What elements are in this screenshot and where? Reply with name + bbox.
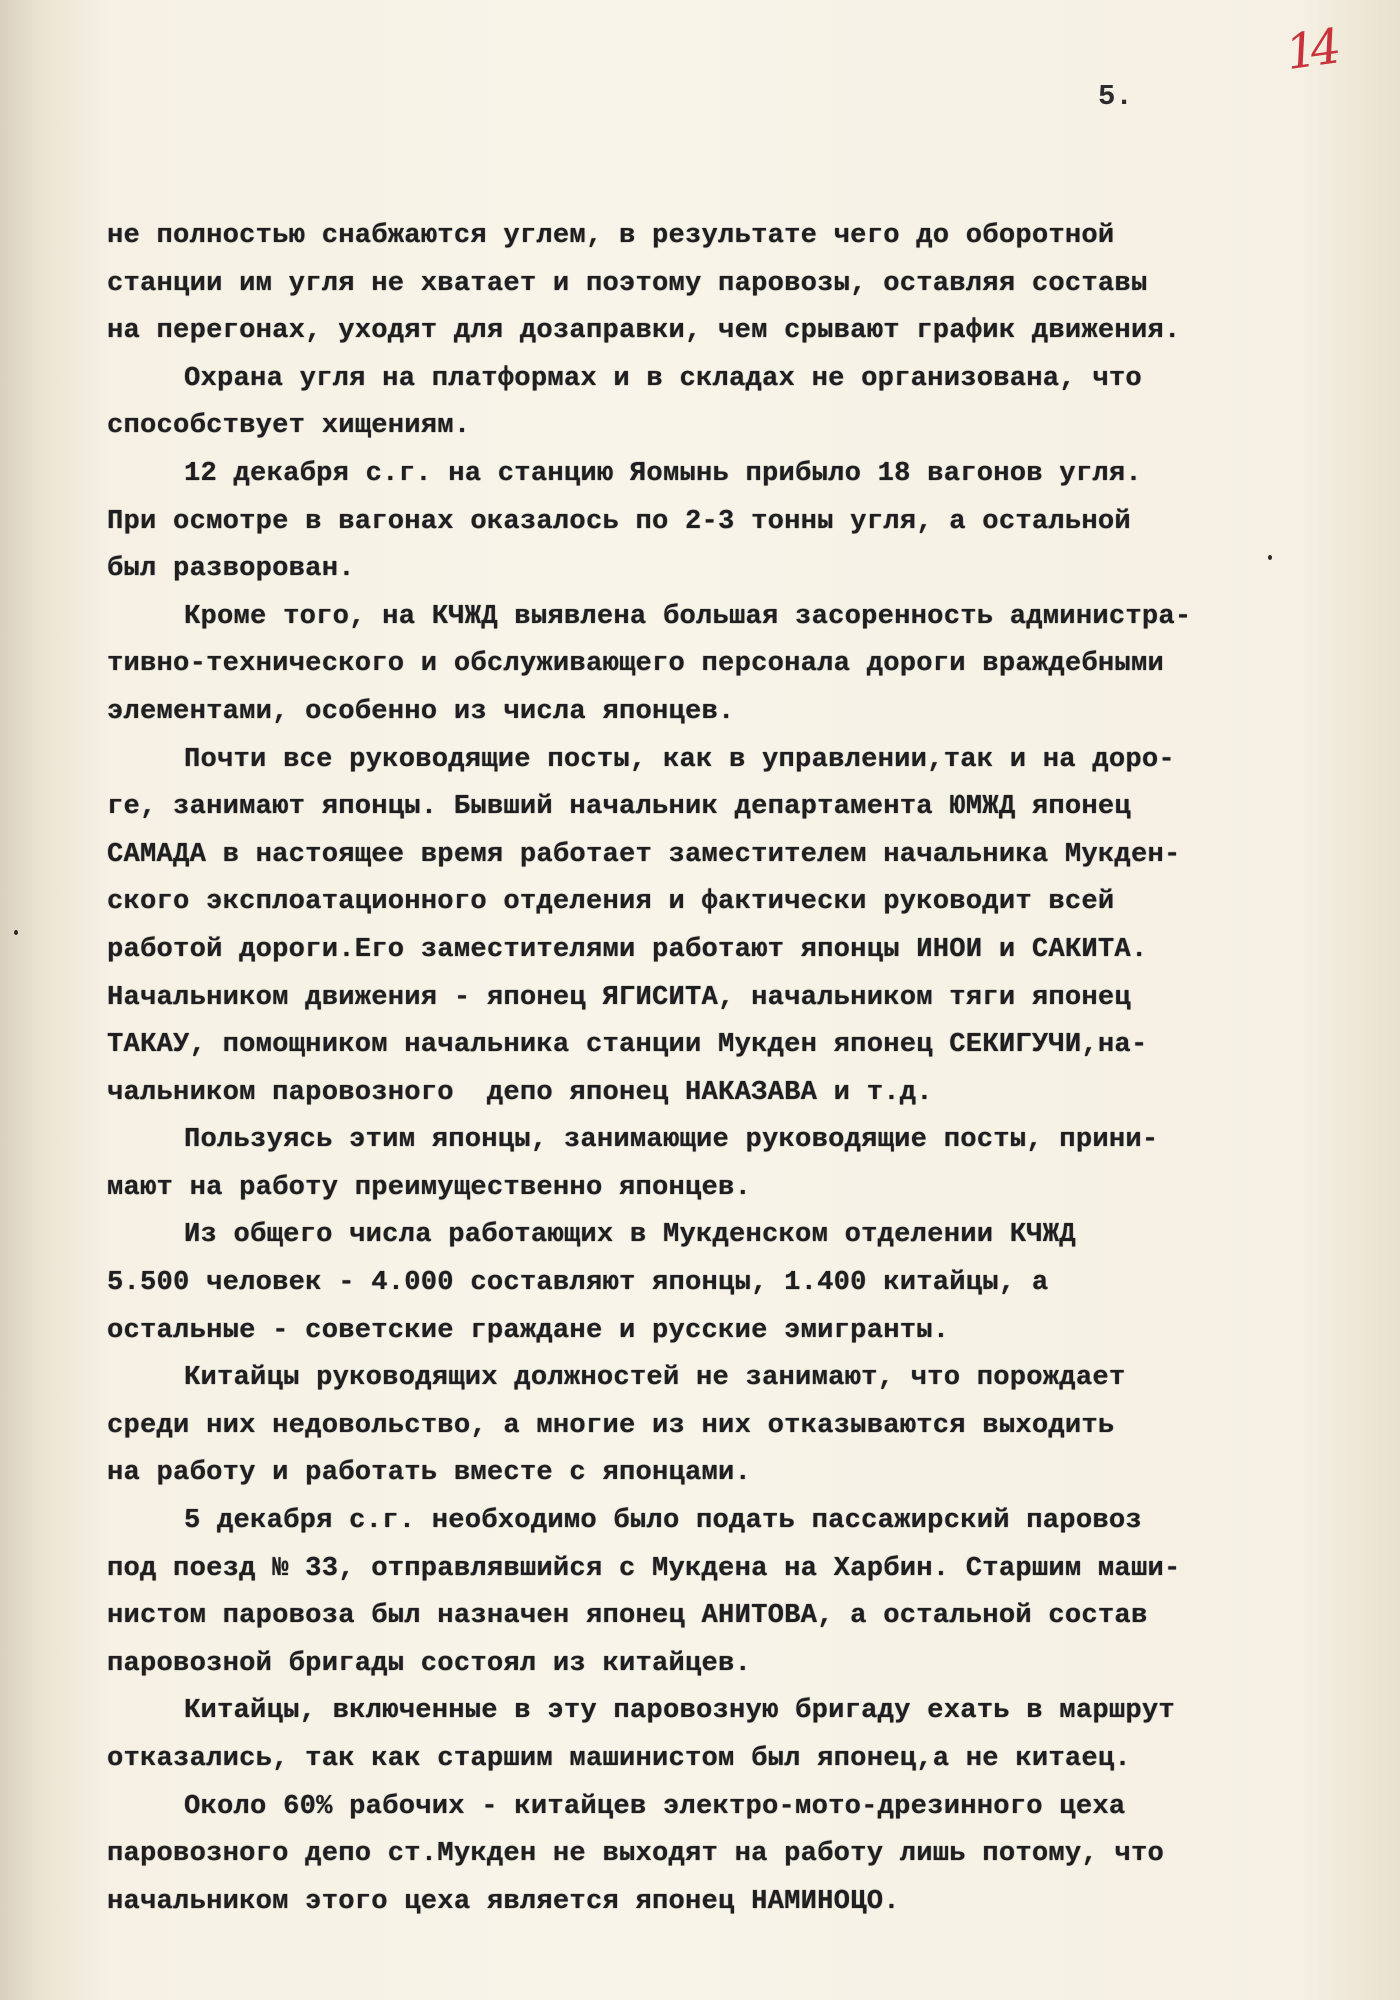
text-line: начальником этого цеха является японец Н… xyxy=(107,1878,1400,1926)
text-line: остальные - советские граждане и русские… xyxy=(107,1307,1400,1355)
text-line: работой дороги.Его заместителями работаю… xyxy=(107,926,1400,974)
text-line: Кроме того, на КЧЖД выявлена большая зас… xyxy=(107,593,1400,641)
text-line: Около 60% рабочих - китайцев электро-мот… xyxy=(107,1783,1400,1831)
text-line: на работу и работать вместе с японцами. xyxy=(107,1449,1400,1497)
text-line: 5.500 человек - 4.000 составляют японцы,… xyxy=(107,1259,1400,1307)
text-line: паровозной бригады состоял из китайцев. xyxy=(107,1640,1400,1688)
text-line: Начальником движения - японец ЯГИСИТА, н… xyxy=(107,974,1400,1022)
text-line: под поезд № 33, отправлявшийся с Мукдена… xyxy=(107,1545,1400,1593)
text-line: не полностью снабжаются углем, в результ… xyxy=(107,212,1400,260)
text-line: Из общего числа работающих в Мукденском … xyxy=(107,1211,1400,1259)
text-line: 5 декабря с.г. необходимо было подать па… xyxy=(107,1497,1400,1545)
document-body: не полностью снабжаются углем, в результ… xyxy=(107,212,1400,1925)
text-line: Охрана угля на платформах и в складах не… xyxy=(107,355,1400,403)
text-line: Китайцы руководящих должностей не занима… xyxy=(107,1354,1400,1402)
text-line: ского эксплоатационного отделения и факт… xyxy=(107,878,1400,926)
text-line: был разворован. xyxy=(107,545,1400,593)
text-line: При осмотре в вагонах оказалось по 2-3 т… xyxy=(107,498,1400,546)
text-line: 12 декабря с.г. на станцию Яомынь прибыл… xyxy=(107,450,1400,498)
text-line: чальником паровозного депо японец НАКАЗА… xyxy=(107,1069,1400,1117)
text-line: ге, занимают японцы. Бывший начальник де… xyxy=(107,783,1400,831)
text-line: тивно-технического и обслуживающего перс… xyxy=(107,640,1400,688)
text-line: на перегонах, уходят для дозаправки, чем… xyxy=(107,307,1400,355)
ink-speck xyxy=(14,930,18,935)
text-line: способствует хищениям. xyxy=(107,402,1400,450)
text-line: среди них недовольство, а многие из них … xyxy=(107,1402,1400,1450)
text-line: паровозного депо ст.Мукден не выходят на… xyxy=(107,1830,1400,1878)
page-number: 5. xyxy=(1098,80,1133,113)
text-line: Почти все руководящие посты, как в управ… xyxy=(107,736,1400,784)
text-line: отказались, так как старшим машинистом б… xyxy=(107,1735,1400,1783)
text-line: Пользуясь этим японцы, занимающие руково… xyxy=(107,1116,1400,1164)
text-line: САМАДА в настоящее время работает замест… xyxy=(107,831,1400,879)
text-line: станции им угля не хватает и поэтому пар… xyxy=(107,260,1400,308)
typewritten-page: 14 5. не полностью снабжаются углем, в р… xyxy=(0,0,1400,2000)
ink-speck xyxy=(1268,555,1272,560)
archive-sheet-number: 14 xyxy=(1282,19,1338,81)
text-line: мают на работу преимущественно японцев. xyxy=(107,1164,1400,1212)
text-line: Китайцы, включенные в эту паровозную бри… xyxy=(107,1687,1400,1735)
text-line: элементами, особенно из числа японцев. xyxy=(107,688,1400,736)
text-line: ТАКАУ, помощником начальника станции Мук… xyxy=(107,1021,1400,1069)
text-line: нистом паровоза был назначен японец АНИТ… xyxy=(107,1592,1400,1640)
